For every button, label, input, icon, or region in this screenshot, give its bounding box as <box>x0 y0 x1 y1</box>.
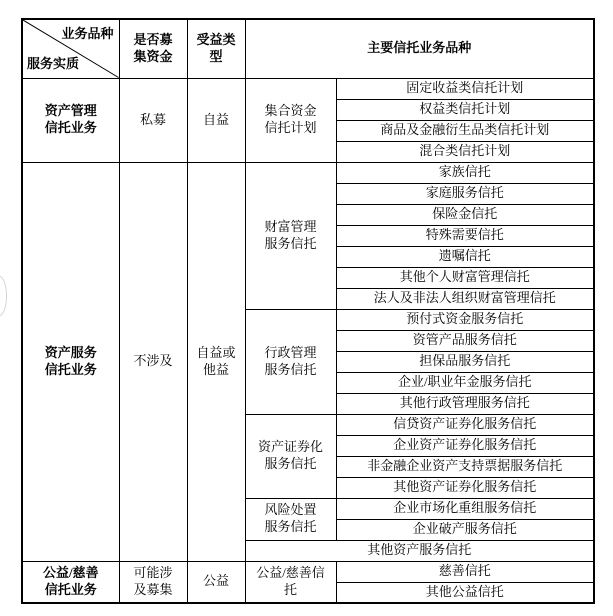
span-item-cell: 其他资产服务信托 <box>245 540 594 561</box>
item-cell: 混合类信托计划 <box>336 141 594 162</box>
benefit-type-cell: 自益 <box>187 78 245 162</box>
section-name-cell: 公益/慈善 信托业务 <box>22 561 119 603</box>
group-name-cell: 集合资金 信托计划 <box>245 78 336 162</box>
group-name-cell: 财富管理 服务信托 <box>245 162 336 309</box>
item-cell: 企业市场化重组服务信托 <box>336 498 594 519</box>
item-cell: 家庭服务信托 <box>336 183 594 204</box>
item-cell: 其他行政管理服务信托 <box>336 393 594 414</box>
fundraising-cell: 私募 <box>119 78 187 162</box>
header-diagonal-cell: 业务品种 服务实质 <box>22 19 119 78</box>
item-cell: 遗嘱信托 <box>336 246 594 267</box>
item-cell: 其他资产证券化服务信托 <box>336 477 594 498</box>
section-name-cell: 资产服务 信托业务 <box>22 162 119 561</box>
header-service-nature-label: 服务实质 <box>27 56 79 73</box>
item-cell: 法人及非法人组织财富管理信托 <box>336 288 594 309</box>
group-name-cell: 资产证券化 服务信托 <box>245 414 336 498</box>
item-cell: 信贷资产证券化服务信托 <box>336 414 594 435</box>
item-cell: 预付式资金服务信托 <box>336 309 594 330</box>
item-cell: 慈善信托 <box>336 561 594 582</box>
item-cell: 其他公益信托 <box>336 582 594 603</box>
item-cell: 其他个人财富管理信托 <box>336 267 594 288</box>
table-row: 资产服务 信托业务 不涉及 自益或 他益 财富管理 服务信托 家族信托 <box>22 162 594 183</box>
item-cell: 固定收益类信托计划 <box>336 78 594 99</box>
item-cell: 担保品服务信托 <box>336 351 594 372</box>
group-name-cell: 风险处置 服务信托 <box>245 498 336 540</box>
benefit-type-cell: 自益或 他益 <box>187 162 245 561</box>
item-cell: 企业破产服务信托 <box>336 519 594 540</box>
item-cell: 保险金信托 <box>336 204 594 225</box>
header-benefit-type: 受益类 型 <box>187 19 245 78</box>
item-cell: 权益类信托计划 <box>336 99 594 120</box>
item-cell: 资管产品服务信托 <box>336 330 594 351</box>
section-name-cell: 资产管理 信托业务 <box>22 78 119 162</box>
item-cell: 特殊需要信托 <box>336 225 594 246</box>
benefit-type-cell: 公益 <box>187 561 245 603</box>
page-canvas: 业务品种 服务实质 是否募 集资金 受益类 型 主要信托业务品种 资产管理 信托… <box>0 0 613 616</box>
group-name-cell: 公益/慈善信 托 <box>245 561 336 603</box>
group-name-cell: 行政管理 服务信托 <box>245 309 336 414</box>
fundraising-cell: 可能涉 及募集 <box>119 561 187 603</box>
item-cell: 企业/职业年金服务信托 <box>336 372 594 393</box>
item-cell: 非金融企业资产支持票据服务信托 <box>336 456 594 477</box>
fundraising-cell: 不涉及 <box>119 162 187 561</box>
item-cell: 企业资产证券化服务信托 <box>336 435 594 456</box>
header-fundraising: 是否募 集资金 <box>119 19 187 78</box>
header-main-products: 主要信托业务品种 <box>245 19 594 78</box>
item-cell: 家族信托 <box>336 162 594 183</box>
table-row: 资产管理 信托业务 私募 自益 集合资金 信托计划 固定收益类信托计划 <box>22 78 594 99</box>
trust-business-table: 业务品种 服务实质 是否募 集资金 受益类 型 主要信托业务品种 资产管理 信托… <box>21 18 595 604</box>
header-business-type-label: 业务品种 <box>61 26 113 43</box>
header-row: 业务品种 服务实质 是否募 集资金 受益类 型 主要信托业务品种 <box>22 19 594 78</box>
scan-artifact <box>0 276 7 316</box>
table-row: 公益/慈善 信托业务 可能涉 及募集 公益 公益/慈善信 托 慈善信托 <box>22 561 594 582</box>
item-cell: 商品及金融衍生品类信托计划 <box>336 120 594 141</box>
